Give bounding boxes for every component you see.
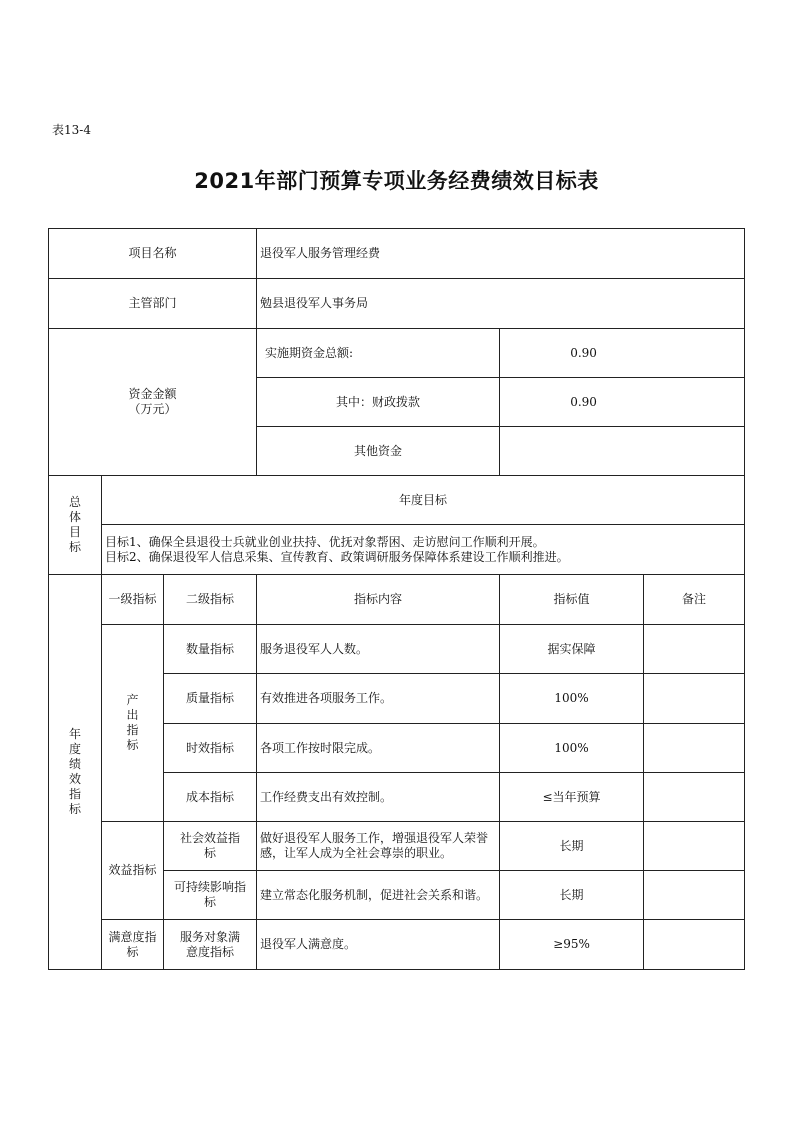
performance-target-table: 项目名称 退役军人服务管理经费 主管部门 勉县退役军人事务局 资金金额 （万元）… <box>48 228 745 970</box>
fiscal-fund-label: 其中：财政拨款 <box>257 378 500 427</box>
page-title: 2021年部门预算专项业务经费绩效目标表 <box>0 165 793 195</box>
header-value: 指标值 <box>500 575 644 625</box>
goal-2: 目标2、确保退役军人信息采集、宣传教育、政策调研服务保障体系建设工作顺利推进。 <box>105 550 741 565</box>
level2-cell: 服务对象满意度指标 <box>164 920 257 970</box>
table-number: 表13-4 <box>52 121 91 138</box>
fiscal-fund-value: 0.90 <box>500 378 745 427</box>
remark-cell <box>644 674 745 724</box>
level2-cell: 时效指标 <box>164 724 257 773</box>
value-cell: 据实保障 <box>500 625 644 674</box>
remark-cell <box>644 625 745 674</box>
annual-indicator-label: 年度绩效指标 <box>49 575 102 970</box>
fund-unit: （万元） <box>52 402 253 417</box>
total-fund-value: 0.90 <box>500 329 745 378</box>
fund-amount-label: 资金金额 （万元） <box>49 329 257 476</box>
satisfaction-indicator-label: 满意度指标 <box>102 920 164 970</box>
header-content: 指标内容 <box>257 575 500 625</box>
content-cell: 各项工作按时限完成。 <box>257 724 500 773</box>
content-cell: 建立常态化服务机制，促进社会关系和谐。 <box>257 871 500 920</box>
level2-cell: 质量指标 <box>164 674 257 724</box>
level2-cell: 成本指标 <box>164 773 257 822</box>
fund-label: 资金金额 <box>52 387 253 402</box>
value-cell: ≥95% <box>500 920 644 970</box>
content-cell: 服务退役军人人数。 <box>257 625 500 674</box>
project-name-label: 项目名称 <box>49 229 257 279</box>
value-cell: 100% <box>500 674 644 724</box>
header-level2: 二级指标 <box>164 575 257 625</box>
remark-cell <box>644 724 745 773</box>
remark-cell <box>644 822 745 871</box>
benefit-indicator-label: 效益指标 <box>102 822 164 920</box>
project-name-value: 退役军人服务管理经费 <box>257 229 745 279</box>
value-cell: 100% <box>500 724 644 773</box>
content-cell: 工作经费支出有效控制。 <box>257 773 500 822</box>
table-row: 产出指标 数量指标 服务退役军人人数。 据实保障 <box>49 625 745 674</box>
header-remark: 备注 <box>644 575 745 625</box>
header-level1: 一级指标 <box>102 575 164 625</box>
value-cell: 长期 <box>500 822 644 871</box>
goal-1: 目标1、确保全县退役士兵就业创业扶持、优抚对象帮困、走访慰问工作顺利开展。 <box>105 535 741 550</box>
dept-label: 主管部门 <box>49 279 257 329</box>
other-fund-label: 其他资金 <box>257 427 500 476</box>
level2-cell: 社会效益指标 <box>164 822 257 871</box>
annual-target-header: 年度目标 <box>102 476 745 525</box>
annual-target-content: 目标1、确保全县退役士兵就业创业扶持、优抚对象帮困、走访慰问工作顺利开展。 目标… <box>102 525 745 575</box>
value-cell: 长期 <box>500 871 644 920</box>
other-fund-value <box>500 427 745 476</box>
level2-cell: 可持续影响指标 <box>164 871 257 920</box>
table-row: 效益指标 社会效益指标 做好退役军人服务工作，增强退役军人荣誉感，让军人成为全社… <box>49 822 745 871</box>
level2-cell: 数量指标 <box>164 625 257 674</box>
remark-cell <box>644 920 745 970</box>
remark-cell <box>644 773 745 822</box>
content-cell: 退役军人满意度。 <box>257 920 500 970</box>
dept-value: 勉县退役军人事务局 <box>257 279 745 329</box>
table-row: 满意度指标 服务对象满意度指标 退役军人满意度。 ≥95% <box>49 920 745 970</box>
remark-cell <box>644 871 745 920</box>
overall-target-label: 总体目标 <box>49 476 102 575</box>
content-cell: 有效推进各项服务工作。 <box>257 674 500 724</box>
content-cell: 做好退役军人服务工作，增强退役军人荣誉感，让军人成为全社会尊崇的职业。 <box>257 822 500 871</box>
value-cell: ≤当年预算 <box>500 773 644 822</box>
output-indicator-label: 产出指标 <box>102 625 164 822</box>
total-fund-label: 实施期资金总额: <box>257 329 500 378</box>
